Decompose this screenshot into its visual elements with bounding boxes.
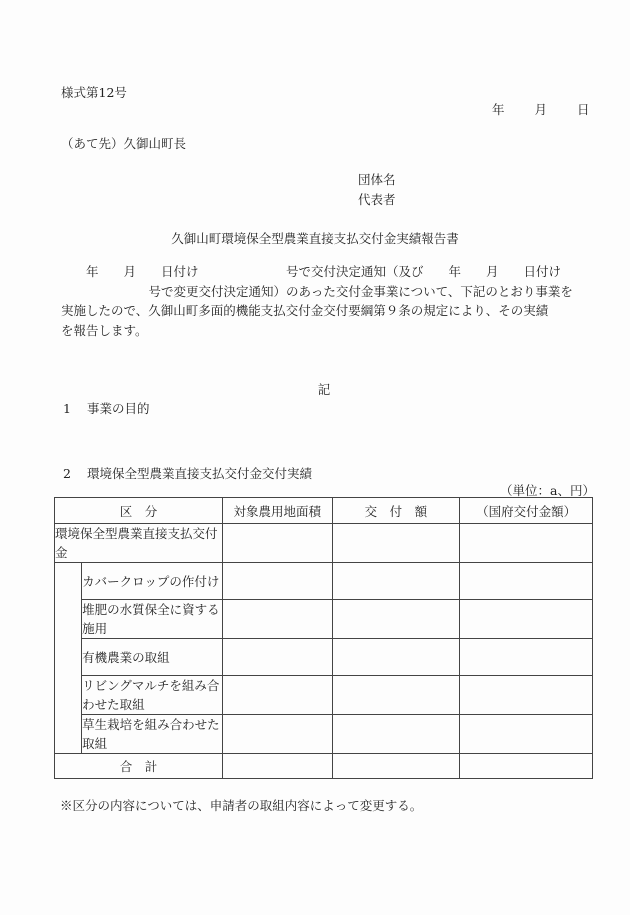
addressee: （あて先）久御山町長 [61,134,186,152]
total-national-amount-cell[interactable] [460,754,593,779]
amount-cell[interactable] [332,715,460,754]
footnote: ※区分の内容については、申請者の取組内容によって変更する。 [60,796,422,814]
section-1-number: 1 [63,401,71,416]
date-day: 日 [577,100,590,118]
main-category-cell: 環境保全型農業直接支払交付金 [55,524,223,563]
ki-heading: 記 [0,380,630,398]
table-row: 草生栽培を組み合わせた取組 [55,715,593,754]
total-label: 合 計 [55,754,223,779]
table-row: 環境保全型農業直接支払交付金 [55,524,593,563]
organization-label: 団体名 [358,170,396,188]
representative-label: 代表者 [358,190,396,208]
national-amount-cell[interactable] [460,563,593,600]
amount-cell[interactable] [332,639,460,676]
national-amount-cell[interactable] [460,524,593,563]
area-cell[interactable] [222,524,332,563]
results-table: 区 分 対象農用地面積 交 付 額 （国府交付金額） 環境保全型農業直接支払交付… [54,497,593,779]
total-area-cell[interactable] [222,754,332,779]
sub-category-cell: リビングマルチを組み合わせた取組 [82,676,223,715]
section-1-title: 事業の目的 [87,401,150,416]
date-month: 月 [535,100,548,118]
header-area: 対象農用地面積 [222,498,332,524]
header-national-amount: （国府交付金額） [460,498,593,524]
area-cell[interactable] [222,676,332,715]
section-2-heading: 2環境保全型農業直接支払交付金交付実績 [63,464,312,482]
table-row: カバークロップの作付け [55,563,593,600]
table-header-row: 区 分 対象農用地面積 交 付 額 （国府交付金額） [55,498,593,524]
body-line-4: を報告します。 [61,321,591,341]
table-row: 堆肥の水質保全に資する施用 [55,600,593,639]
table-row: リビングマルチを組み合わせた取組 [55,676,593,715]
area-cell[interactable] [222,600,332,639]
national-amount-cell[interactable] [460,639,593,676]
table-row: 有機農業の取組 [55,639,593,676]
sub-category-cell: 堆肥の水質保全に資する施用 [82,600,223,639]
amount-cell[interactable] [332,676,460,715]
body-line-1: 年 月 日付け 号で交付決定通知（及び 年 月 日付け [61,262,591,282]
indent-cell [55,563,82,754]
section-2-number: 2 [63,466,71,481]
section-2-title: 環境保全型農業直接支払交付金交付実績 [87,466,312,481]
sub-category-cell: 草生栽培を組み合わせた取組 [82,715,223,754]
date-year: 年 [492,100,505,118]
date-field: 年月日 [492,100,590,118]
body-paragraph: 年 月 日付け 号で交付決定通知（及び 年 月 日付け 号で変更交付決定通知）の… [61,262,591,340]
document-title: 久御山町環境保全型農業直接支払交付金実績報告書 [0,229,630,247]
section-1-heading: 1事業の目的 [63,399,149,417]
form-number: 様式第12号 [61,83,127,101]
area-cell[interactable] [222,639,332,676]
national-amount-cell[interactable] [460,715,593,754]
national-amount-cell[interactable] [460,676,593,715]
sub-category-cell: 有機農業の取組 [82,639,223,676]
area-cell[interactable] [222,715,332,754]
national-amount-cell[interactable] [460,600,593,639]
amount-cell[interactable] [332,563,460,600]
header-amount: 交 付 額 [332,498,460,524]
body-line-3: 実施したので、久御山町多面的機能支払交付金交付要綱第９条の規定により、その実績 [61,301,591,321]
table-total-row: 合 計 [55,754,593,779]
body-line-2: 号で変更交付決定通知）のあった交付金事業について、下記のとおり事業を [61,282,591,302]
amount-cell[interactable] [332,600,460,639]
amount-cell[interactable] [332,524,460,563]
header-category: 区 分 [55,498,223,524]
area-cell[interactable] [222,563,332,600]
sub-category-cell: カバークロップの作付け [82,563,223,600]
total-amount-cell[interactable] [332,754,460,779]
